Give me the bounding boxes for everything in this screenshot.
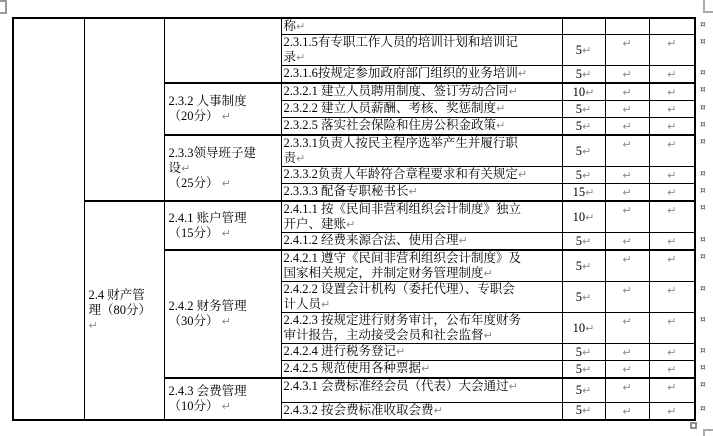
end-of-row-mark-icon: ¤: [700, 253, 706, 262]
margin-corner-top-right: [703, 0, 713, 13]
check-cell-2[interactable]: ↵: [649, 233, 695, 251]
criterion-cell[interactable]: 2.4.2.4 进行税务登记↵: [281, 344, 562, 361]
paragraph-mark-icon: ↵: [582, 120, 591, 133]
paragraph-mark-icon: ↵: [296, 20, 305, 33]
paragraph-mark-icon: ↵: [222, 400, 231, 413]
end-of-row-mark-icon: ¤: [700, 170, 706, 179]
criterion-cell[interactable]: 2.3.1.5有专职工作人员的培训计划和培训记录↵: [281, 35, 562, 66]
check-cell-2[interactable]: ↵: [649, 35, 695, 66]
score-cell[interactable]: [562, 18, 605, 35]
category-cell[interactable]: 2.4 财产管理（80分）↵: [84, 201, 164, 420]
paragraph-mark-icon: ↵: [622, 37, 631, 50]
check-cell-1[interactable]: ↵: [605, 233, 649, 251]
criterion-cell[interactable]: 2.4.2.3 按规定进行财务审计，公布年度财务审计报告，主动接受会员和社会监督…: [281, 313, 562, 344]
score-cell[interactable]: 5↵: [562, 361, 605, 379]
paragraph-mark-icon: ↵: [496, 102, 505, 115]
criterion-cell[interactable]: 2.3.1.6按规定参加政府部门组织的业务培训↵: [281, 66, 562, 84]
end-of-row-mark-icon: ¤: [700, 405, 706, 414]
criterion-cell[interactable]: 2.3.2.5 落实社会保险和住房公积金政策↵: [281, 118, 562, 136]
subcategory-cell[interactable]: 2.4.2 财务管理 （30分） ↵: [164, 250, 281, 378]
paragraph-mark-icon: ↵: [622, 253, 631, 266]
criterion-cell[interactable]: 2.3.2.2 建立人员薪酬、考核、奖惩制度↵: [281, 101, 562, 118]
paragraph-mark-icon: ↵: [518, 168, 527, 181]
end-of-row-mark-icon: ¤: [700, 69, 706, 78]
table-row: 称↵: [13, 18, 695, 35]
paragraph-mark-icon: ↵: [585, 211, 594, 224]
criterion-cell[interactable]: 2.4.3.1 会费标准经会员（代表）大会通过↵: [281, 378, 562, 402]
paragraph-mark-icon: ↵: [582, 145, 591, 158]
table-resize-handle[interactable]: [690, 422, 697, 429]
subcategory-cell[interactable]: [164, 18, 281, 83]
check-cell-1[interactable]: [605, 18, 649, 35]
paragraph-mark-icon: ↵: [622, 381, 631, 394]
paragraph-mark-icon: ↵: [622, 103, 631, 116]
paragraph-mark-icon: ↵: [622, 120, 631, 133]
check-cell-1[interactable]: ↵: [605, 344, 649, 361]
check-cell-1[interactable]: ↵: [605, 167, 649, 184]
paragraph-mark-icon: ↵: [582, 384, 591, 397]
check-cell-2[interactable]: ↵: [649, 361, 695, 379]
end-of-row-mark-icon: ¤: [700, 104, 706, 113]
paragraph-mark-icon: ↵: [484, 267, 493, 280]
criterion-cell[interactable]: 2.4.1.2 经费来源合法、使用合理↵: [281, 233, 562, 251]
end-of-row-mark-icon: ¤: [700, 204, 706, 213]
check-cell-1[interactable]: ↵: [605, 35, 649, 66]
check-cell-2[interactable]: ↵: [649, 118, 695, 136]
paragraph-mark-icon: ↵: [582, 68, 591, 81]
evaluation-criteria-table: 称↵2.3.1.5有专职工作人员的培训计划和培训记录↵5↵↵↵2.3.1.6按规…: [12, 17, 696, 421]
check-cell-2[interactable]: ↵: [649, 402, 695, 420]
check-cell-2[interactable]: ↵: [649, 66, 695, 84]
check-cell-1[interactable]: ↵: [605, 378, 649, 402]
check-cell-1[interactable]: ↵: [605, 101, 649, 118]
end-of-row-mark-icon: ¤: [700, 316, 706, 325]
end-of-row-mark-icon: ¤: [700, 347, 706, 356]
check-cell-2[interactable]: ↵: [649, 167, 695, 184]
paragraph-mark-icon: ↵: [622, 68, 631, 81]
check-cell-1[interactable]: ↵: [605, 118, 649, 136]
paragraph-mark-icon: ↵: [622, 405, 631, 418]
paragraph-mark-icon: ↵: [582, 346, 591, 359]
paragraph-mark-icon: ↵: [622, 86, 631, 99]
check-cell-1[interactable]: ↵: [605, 361, 649, 379]
score-cell[interactable]: 5↵: [562, 118, 605, 136]
check-cell-1[interactable]: ↵: [605, 402, 649, 420]
paragraph-mark-icon: ↵: [622, 204, 631, 217]
paragraph-mark-icon: ↵: [667, 235, 676, 248]
end-of-row-mark-icon: ¤: [700, 138, 706, 147]
score-cell[interactable]: 10↵: [562, 83, 605, 101]
paragraph-mark-icon: ↵: [585, 322, 594, 335]
paragraph-mark-icon: ↵: [667, 405, 676, 418]
check-cell-2[interactable]: ↵: [649, 101, 695, 118]
criterion-cell[interactable]: 2.3.3.2负责人年龄符合章程要求和有关规定↵: [281, 167, 562, 184]
check-cell-2[interactable]: ↵: [649, 313, 695, 344]
paragraph-mark-icon: ↵: [667, 138, 676, 151]
paragraph-mark-icon: ↵: [434, 404, 443, 417]
paragraph-mark-icon: ↵: [421, 362, 430, 375]
end-of-row-mark-icon: ¤: [700, 121, 706, 130]
paragraph-mark-icon: ↵: [667, 120, 676, 133]
end-of-row-mark-icon: ¤: [700, 86, 706, 95]
paragraph-mark-icon: ↵: [582, 260, 591, 273]
score-cell[interactable]: 5↵: [562, 282, 605, 313]
end-of-row-mark-icon: ¤: [700, 381, 706, 390]
table-row: 2.4 财产管理（80分）↵2.4.1 账户管理 （15分） ↵2.4.1.1 …: [13, 201, 695, 233]
criterion-cell[interactable]: 2.4.2.2 设置会计机构（委托代理）、专职会计人员↵: [281, 282, 562, 313]
paragraph-mark-icon: ↵: [496, 119, 505, 132]
criterion-cell[interactable]: 2.4.1.1 按《民间非营利组织会计制度》独立开户、建账↵: [281, 201, 562, 233]
paragraph-mark-icon: ↵: [296, 51, 305, 64]
paragraph-mark-icon: ↵: [585, 86, 594, 99]
check-cell-2[interactable]: ↵: [649, 135, 695, 167]
paragraph-mark-icon: ↵: [396, 345, 405, 358]
paragraph-mark-icon: ↵: [667, 363, 676, 376]
paragraph-mark-icon: ↵: [667, 315, 676, 328]
table-move-handle-icon[interactable]: [0, 0, 7, 14]
paragraph-mark-icon: ↵: [622, 284, 631, 297]
paragraph-mark-icon: ↵: [667, 68, 676, 81]
paragraph-mark-icon: ↵: [484, 329, 493, 342]
paragraph-mark-icon: ↵: [459, 234, 468, 247]
check-cell-1[interactable]: ↵: [605, 313, 649, 344]
check-cell-1[interactable]: ↵: [605, 184, 649, 202]
paragraph-mark-icon: ↵: [622, 186, 631, 199]
paragraph-mark-icon: ↵: [509, 85, 518, 98]
paragraph-mark-icon: ↵: [667, 284, 676, 297]
paragraph-mark-icon: ↵: [409, 185, 418, 198]
paragraph-mark-icon: ↵: [89, 319, 98, 332]
check-cell-2[interactable]: ↵: [649, 250, 695, 282]
paragraph-mark-icon: ↵: [622, 346, 631, 359]
subcategory-cell[interactable]: 2.4.3 会费管理 （10分） ↵: [164, 378, 281, 420]
score-cell[interactable]: 10↵: [562, 313, 605, 344]
paragraph-mark-icon: ↵: [667, 169, 676, 182]
end-of-row-mark-icon: ¤: [700, 285, 706, 294]
check-cell-1[interactable]: ↵: [605, 201, 649, 233]
check-cell-2[interactable]: ↵: [649, 282, 695, 313]
paragraph-mark-icon: ↵: [582, 235, 591, 248]
end-of-row-mark-icon: ¤: [700, 236, 706, 245]
score-cell[interactable]: 5↵: [562, 167, 605, 184]
subcategory-cell[interactable]: 2.3.2 人事制度 （20分） ↵: [164, 83, 281, 135]
paragraph-mark-icon: ↵: [667, 103, 676, 116]
paragraph-mark-icon: ↵: [509, 380, 518, 393]
score-cell[interactable]: 5↵: [562, 344, 605, 361]
paragraph-mark-icon: ↵: [667, 37, 676, 50]
paragraph-mark-icon: ↵: [622, 138, 631, 151]
paragraph-mark-icon: ↵: [582, 169, 591, 182]
criterion-cell[interactable]: 2.4.2.5 规范使用各种票据↵: [281, 361, 562, 379]
check-cell-2[interactable]: ↵: [649, 344, 695, 361]
paragraph-mark-icon: ↵: [667, 86, 676, 99]
paragraph-mark-icon: ↵: [222, 315, 231, 328]
end-of-row-mark-icon: ¤: [700, 364, 706, 373]
score-cell[interactable]: 15↵: [562, 184, 605, 202]
score-cell[interactable]: 5↵: [562, 101, 605, 118]
paragraph-mark-icon: ↵: [667, 204, 676, 217]
check-cell-2[interactable]: ↵: [649, 201, 695, 233]
category-cell[interactable]: [84, 18, 164, 201]
check-cell-1[interactable]: ↵: [605, 135, 649, 167]
subcategory-cell[interactable]: 2.3.3领导班子建设↵ （25分） ↵: [164, 135, 281, 201]
check-cell-1[interactable]: ↵: [605, 66, 649, 84]
paragraph-mark-icon: ↵: [585, 186, 594, 199]
paragraph-mark-icon: ↵: [321, 298, 330, 311]
score-cell[interactable]: 5↵: [562, 250, 605, 282]
check-cell-2[interactable]: ↵: [649, 378, 695, 402]
criterion-cell[interactable]: 称↵: [281, 18, 562, 35]
paragraph-mark-icon: ↵: [518, 67, 527, 80]
check-cell-1[interactable]: ↵: [605, 282, 649, 313]
paragraph-mark-icon: ↵: [181, 162, 190, 175]
score-cell[interactable]: 5↵: [562, 135, 605, 167]
criterion-cell[interactable]: 2.3.3.3 配备专职秘书长↵: [281, 184, 562, 202]
paragraph-mark-icon: ↵: [667, 186, 676, 199]
score-cell[interactable]: 5↵: [562, 402, 605, 420]
paragraph-mark-icon: ↵: [222, 110, 231, 123]
empty-left-cell[interactable]: [13, 18, 84, 420]
paragraph-mark-icon: ↵: [582, 103, 591, 116]
subcategory-cell[interactable]: 2.4.1 账户管理 （15分） ↵: [164, 201, 281, 250]
paragraph-mark-icon: ↵: [622, 315, 631, 328]
paragraph-mark-icon: ↵: [667, 253, 676, 266]
paragraph-mark-icon: ↵: [222, 177, 231, 190]
check-cell-2[interactable]: ↵: [649, 83, 695, 101]
score-cell[interactable]: 5↵: [562, 233, 605, 251]
paragraph-mark-icon: ↵: [622, 363, 631, 376]
check-cell-1[interactable]: ↵: [605, 83, 649, 101]
paragraph-mark-icon: ↵: [582, 363, 591, 376]
check-cell-2[interactable]: [649, 18, 695, 35]
criterion-cell[interactable]: 2.3.3.1负责人按民主程序选举产生并履行职责↵: [281, 135, 562, 167]
check-cell-2[interactable]: ↵: [649, 184, 695, 202]
paragraph-mark-icon: ↵: [667, 381, 676, 394]
paragraph-mark-icon: ↵: [296, 152, 305, 165]
check-cell-1[interactable]: ↵: [605, 250, 649, 282]
paragraph-mark-icon: ↵: [622, 169, 631, 182]
document-page: 称↵2.3.1.5有专职工作人员的培训计划和培训记录↵5↵↵↵2.3.1.6按规…: [0, 0, 713, 436]
score-cell[interactable]: 5↵: [562, 66, 605, 84]
paragraph-mark-icon: ↵: [582, 404, 591, 417]
end-of-row-mark-icon: ¤: [700, 187, 706, 196]
paragraph-mark-icon: ↵: [582, 44, 591, 57]
score-cell[interactable]: 5↵: [562, 35, 605, 66]
criterion-cell[interactable]: 2.3.2.1 建立人员聘用制度、签订劳动合同↵: [281, 83, 562, 101]
end-of-row-mark-icon: ¤: [700, 21, 706, 30]
end-of-row-mark-icon: ¤: [700, 38, 706, 47]
margin-corner-bottom-right: [703, 429, 713, 436]
paragraph-mark-icon: ↵: [667, 346, 676, 359]
paragraph-mark-icon: ↵: [222, 227, 231, 240]
paragraph-mark-icon: ↵: [622, 235, 631, 248]
paragraph-mark-icon: ↵: [346, 218, 355, 231]
score-cell[interactable]: 10↵: [562, 201, 605, 233]
score-cell[interactable]: 5↵: [562, 378, 605, 402]
criterion-cell[interactable]: 2.4.2.1 遵守《民间非营利组织会计制度》及国家相关规定，并制定财务管理制度…: [281, 250, 562, 282]
criterion-cell[interactable]: 2.4.3.2 按会费标准收取会费↵: [281, 402, 562, 420]
paragraph-mark-icon: ↵: [582, 291, 591, 304]
